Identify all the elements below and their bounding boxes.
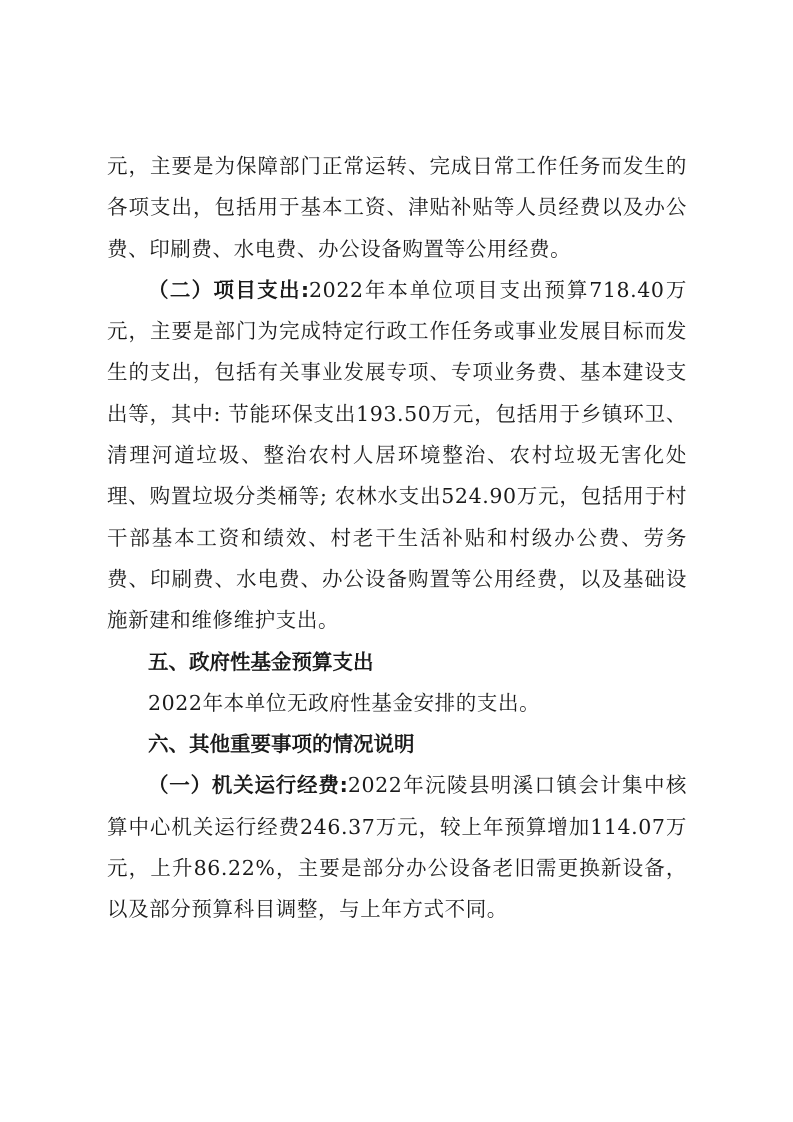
project-expenditure-lead: （二）项目支出: — [148, 278, 309, 302]
paragraph-project-expenditure: （二）项目支出:2022年本单位项目支出预算718.40万元，主要是部门为完成特… — [107, 270, 687, 642]
section-6-heading: 六、其他重要事项的情况说明 — [107, 724, 687, 765]
paragraph-basic-expenditure: 元，主要是为保障部门正常运转、完成日常工作任务而发生的各项支出，包括用于基本工资… — [107, 146, 687, 270]
document-page: 元，主要是为保障部门正常运转、完成日常工作任务而发生的各项支出，包括用于基本工资… — [107, 146, 687, 931]
operating-expenses-lead: （一）机关运行经费: — [148, 773, 348, 797]
section-5-heading: 五、政府性基金预算支出 — [107, 642, 687, 683]
project-expenditure-text: 2022年本单位项目支出预算718.40万元，主要是部门为完成特定行政工作任务或… — [107, 278, 687, 632]
section-5-text: 2022年本单位无政府性基金安排的支出。 — [107, 683, 687, 724]
paragraph-operating-expenses: （一）机关运行经费:2022年沅陵县明溪口镇会计集中核算中心机关运行经费246.… — [107, 765, 687, 930]
